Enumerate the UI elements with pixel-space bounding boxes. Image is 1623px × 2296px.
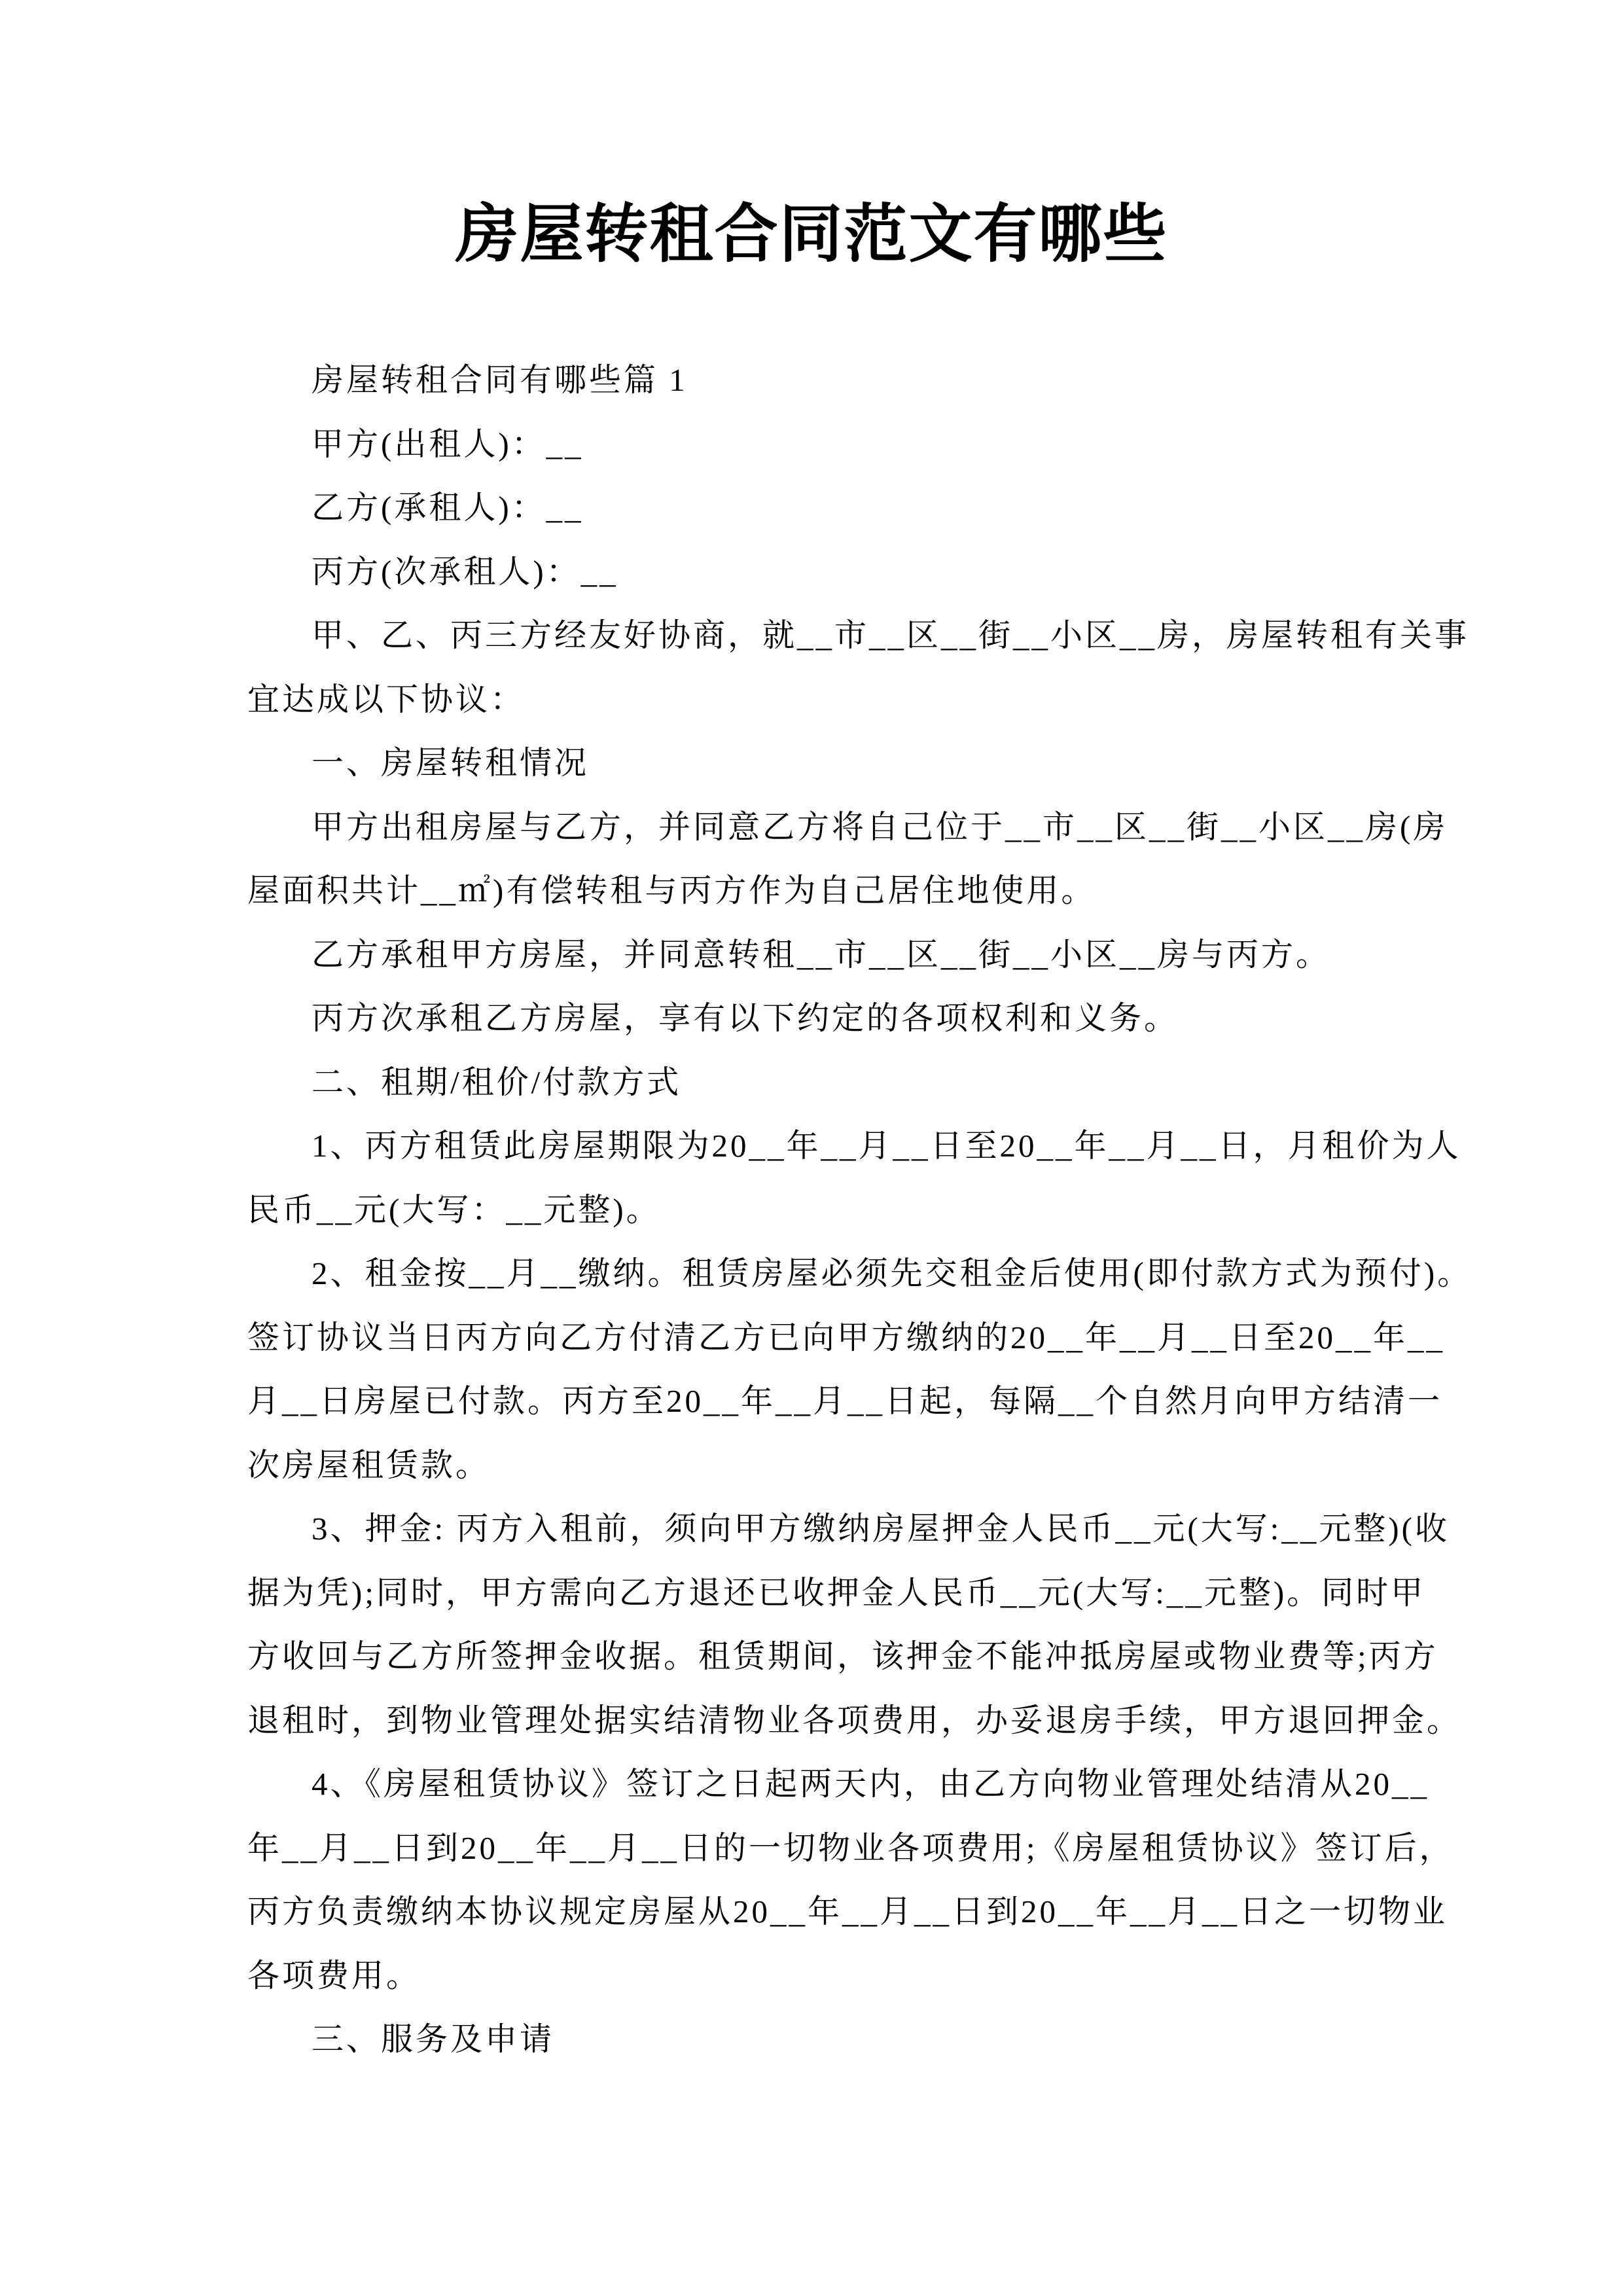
- document-line: 退租时，到物业管理处据实结清物业各项费用，办妥退房手续，甲方退回押金。: [247, 1689, 1425, 1753]
- document-line: 一、房屋转租情况: [247, 731, 1425, 795]
- document-line: 4、《房屋租赁协议》签订之日起两天内，由乙方向物业管理处结清从20__: [247, 1752, 1425, 1816]
- document-line: 据为凭);同时，甲方需向乙方退还已收押金人民币__元(大写:__元整)。同时甲: [247, 1561, 1425, 1625]
- document-line: 丙方次承租乙方房屋，享有以下约定的各项权利和义务。: [247, 986, 1425, 1050]
- document-line: 宜达成以下协议：: [247, 668, 1425, 732]
- document-line: 丙方(次承租人)：__: [247, 540, 1425, 604]
- document-line: 民币__元(大写：__元整)。: [247, 1178, 1425, 1242]
- document-line: 房屋转租合同有哪些篇 1: [247, 348, 1425, 412]
- document-page: 房屋转租合同范文有哪些 房屋转租合同有哪些篇 1 甲方(出租人)：__ 乙方(承…: [0, 0, 1623, 2296]
- document-line: 1、丙方租赁此房屋期限为20__年__月__日至20__年__月__日，月租价为…: [247, 1114, 1425, 1178]
- document-line: 丙方负责缴纳本协议规定房屋从20__年__月__日到20__年__月__日之一切…: [247, 1880, 1425, 1944]
- document-line: 三、服务及申请: [247, 2007, 1425, 2072]
- document-line: 各项费用。: [247, 1944, 1425, 2008]
- document-line: 3、押金: 丙方入租前，须向甲方缴纳房屋押金人民币__元(大写:__元整)(收: [247, 1497, 1425, 1561]
- document-line: 二、租期/租价/付款方式: [247, 1050, 1425, 1115]
- document-line: 乙方承租甲方房屋，并同意转租__市__区__街__小区__房与丙方。: [247, 923, 1425, 987]
- document-line: 甲、乙、丙三方经友好协商，就__市__区__街__小区__房，房屋转租有关事: [247, 603, 1425, 668]
- document-title: 房屋转租合同范文有哪些: [0, 195, 1623, 275]
- document-line: 屋面积共计__㎡)有偿转租与丙方作为自己居住地使用。: [247, 859, 1425, 923]
- document-line: 甲方出租房屋与乙方，并同意乙方将自己位于__市__区__街__小区__房(房: [247, 795, 1425, 859]
- document-line: 方收回与乙方所签押金收据。租赁期间，该押金不能冲抵房屋或物业费等;丙方: [247, 1624, 1425, 1689]
- document-line: 签订协议当日丙方向乙方付清乙方已向甲方缴纳的20__年__月__日至20__年_…: [247, 1306, 1425, 1370]
- document-line: 2、租金按__月__缴纳。租赁房屋必须先交租金后使用(即付款方式为预付)。: [247, 1242, 1425, 1306]
- document-line: 月__日房屋已付款。丙方至20__年__月__日起，每隔__个自然月向甲方结清一: [247, 1369, 1425, 1433]
- document-line: 甲方(出租人)：__: [247, 412, 1425, 476]
- document-line: 年__月__日到20__年__月__日的一切物业各项费用;《房屋租赁协议》签订后…: [247, 1816, 1425, 1880]
- document-line: 次房屋租赁款。: [247, 1433, 1425, 1498]
- document-body: 房屋转租合同有哪些篇 1 甲方(出租人)：__ 乙方(承租人)：__ 丙方(次承…: [247, 348, 1425, 2072]
- document-line: 乙方(承租人)：__: [247, 476, 1425, 540]
